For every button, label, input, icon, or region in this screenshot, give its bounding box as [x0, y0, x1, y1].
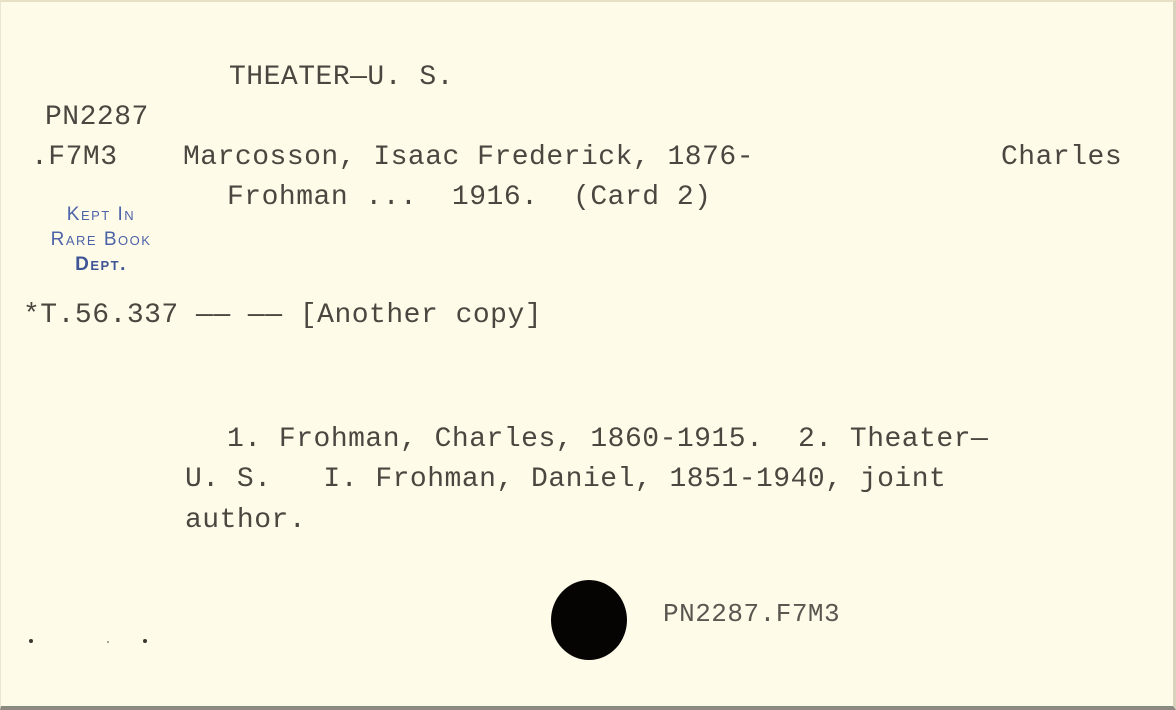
bottom-call-number: PN2287.F7M3	[663, 598, 840, 630]
another-copy-note: *T.56.337 —— —— [Another copy]	[23, 300, 542, 332]
ink-speck	[107, 641, 109, 643]
ink-speck	[143, 639, 147, 643]
catalog-card: THEATER—U. S. PN2287 .F7M3 Marcosson, Is…	[0, 0, 1176, 710]
call-number-class: PN2287	[45, 102, 149, 134]
ink-speck	[29, 639, 33, 643]
main-entry-author: Marcosson, Isaac Frederick, 1876-	[183, 142, 754, 174]
tracing-line-2: U. S. I. Frohman, Daniel, 1851-1940, joi…	[185, 464, 946, 496]
stamp-line-2: Rare Book	[13, 227, 189, 252]
main-entry-title: Frohman ... 1916. (Card 2)	[227, 182, 711, 214]
stamp-line-1: Kept In	[13, 202, 189, 227]
call-number-cutter: .F7M3	[31, 142, 118, 174]
punch-hole-icon	[551, 580, 627, 660]
tracing-line-3: author.	[185, 505, 306, 537]
tracing-line-1: 1. Frohman, Charles, 1860-1915. 2. Theat…	[227, 424, 988, 456]
rare-book-stamp: Kept In Rare Book Dept.	[13, 202, 189, 277]
main-entry-title-start: Charles	[1001, 142, 1122, 174]
stamp-line-3: Dept.	[13, 252, 189, 277]
subject-heading: THEATER—U. S.	[229, 62, 454, 94]
